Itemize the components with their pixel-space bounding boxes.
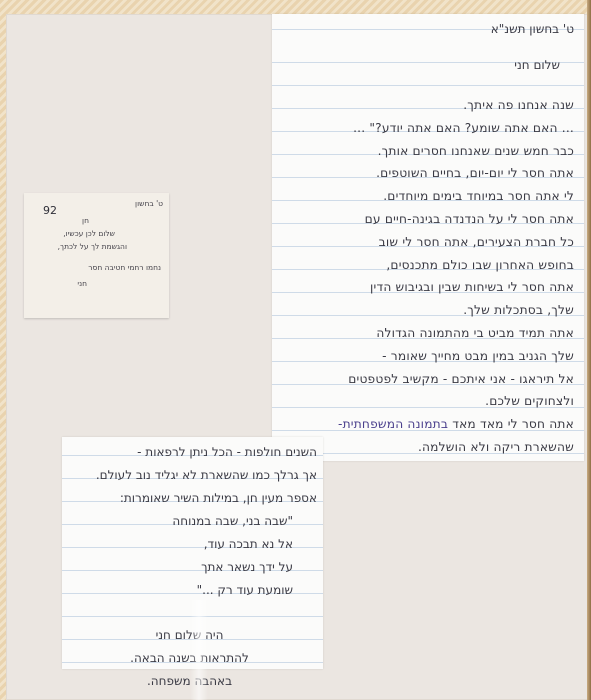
letter-line: שלך, בסתכלות שלך. <box>272 299 584 322</box>
card-line: נחמו רחמי חטיבה חסר <box>88 263 161 272</box>
card-number: 92 <box>43 204 57 217</box>
letter-line-highlighted: אתה חסר לי מאד מאד בתמונה המשפחתית- <box>272 413 584 436</box>
letter-line: אתה חסר לי בשיחות שבין ובגיבוש הדין <box>272 276 584 299</box>
card-signature: חני <box>77 279 87 288</box>
letter-line: כל חברת הצעירים, אתה חסר לי שוב <box>272 231 584 254</box>
highlighted-ink-text: בתמונה המשפחתית- <box>338 417 448 431</box>
letter-sheet: ט' בחשון תשנ"א שלום חני שנה אנחנו פה אית… <box>272 14 584 461</box>
letter-greeting: שלום חני <box>272 58 584 72</box>
letter-line: אתה תמיד מביט בי מהתמונה הגדולה <box>272 322 584 345</box>
letter-line: אתה חסר לי על הנדנדה בגינה-חיים עם <box>272 208 584 231</box>
poem-line: אספר מעין חן, במילות השיר שאומרות: <box>62 487 323 510</box>
poem-line: על ידך נשאר אתך <box>62 556 323 579</box>
letter-line: שנה אנחנו פה איתך. <box>272 94 584 117</box>
letter-body: שנה אנחנו פה איתך. ... האם אתה שומע? האם… <box>272 94 584 459</box>
small-card: ט' בחשון 92 חן שלום לכן עכשיו, והגשמת לך… <box>24 193 169 318</box>
letter-line: שלך הגניב במין מבט מחייך שאומר - <box>272 345 584 368</box>
plastic-sleeve-reflection <box>190 600 208 700</box>
card-top-note: ט' בחשון <box>135 199 163 208</box>
album-binding-edge <box>587 0 591 700</box>
poem-line: אל נא תבכה עוד, <box>62 533 323 556</box>
letter-line: אל תיראגו - אני איתכם - מקשיב לפטפטים <box>272 368 584 391</box>
poem-line: אך גרלך כמו שהשארת לא יגליד נוב לעולם. <box>62 464 323 487</box>
card-line: חן <box>82 216 89 225</box>
card-line: שלום לכן עכשיו, <box>63 229 115 238</box>
letter-line: בחופש האחרון שבו כולם מתכנסים, <box>272 254 584 277</box>
letter-line: ולצחוקים שלכם. <box>272 390 584 413</box>
letter-line: ... האם אתה שומע? האם אתה יודע?" ... <box>272 117 584 140</box>
letter-line: כבר חמש שנים שאנחנו חסרים אותך. <box>272 140 584 163</box>
letter-line: אתה חסר לי יום-יום, בחיים השוטפים. <box>272 162 584 185</box>
letter-date: ט' בחשון תשנ"א <box>272 22 584 36</box>
poem-line: השנים חולפות - הכל ניתן לרפאות - <box>62 441 323 464</box>
poem-line: שומעת עוד רק ..." <box>62 579 323 602</box>
letter-line: לי אתה חסר במיוחד בימים מיוחדים. <box>272 185 584 208</box>
card-line: והגשמת לך על לכתך, <box>58 242 127 251</box>
letter-line-text: אתה חסר לי מאד מאד בתמונה המשפחתית- <box>338 417 574 431</box>
poem-line: "שבה בני, שבה במנוחה <box>62 510 323 533</box>
